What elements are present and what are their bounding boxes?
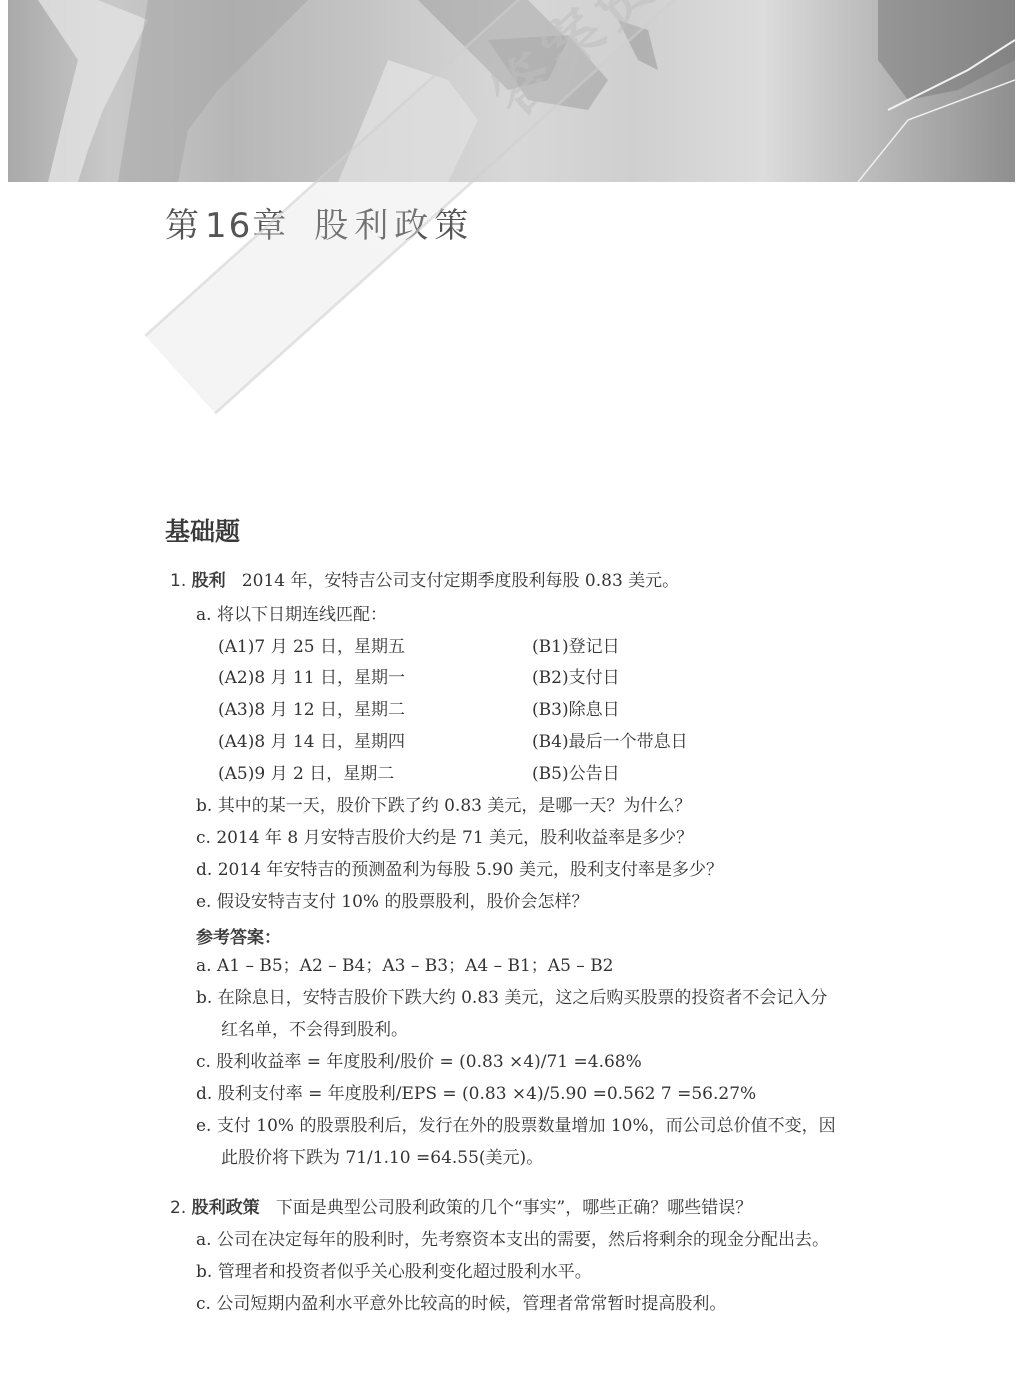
answer-text: A1 – B5；A2 – B4；A3 – B3；A4 – B1；A5 – B2 xyxy=(217,956,614,976)
section-heading: 基础题 xyxy=(165,512,240,548)
answer-text: 股利收益率 = 年度股利/股价 = (0.83 ×4)/71 =4.68% xyxy=(216,1052,641,1072)
question-2-part-a: a. 公司在决定每年的股利时，先考察资本支出的需要，然后将剩余的现金分配出去。 xyxy=(196,1229,829,1251)
world-map-illustration xyxy=(8,0,1015,182)
match-a1: (A1)7 月 25 日，星期五 xyxy=(218,636,405,658)
chapter-number: 16 xyxy=(205,206,252,246)
part-label: a. xyxy=(196,1230,212,1250)
chapter-suffix: 章 xyxy=(252,206,292,246)
answer-heading: 参考答案： xyxy=(196,923,281,948)
match-b3: (B3)除息日 xyxy=(532,699,620,721)
answer-e: e. 支付 10% 的股票股利后，发行在外的股票数量增加 10%，而公司总价值不… xyxy=(196,1115,836,1137)
question-number: 1. xyxy=(170,571,186,591)
question-1-part-c: c. 2014 年 8 月安特吉股价大约是 71 美元，股利收益率是多少？ xyxy=(196,827,693,849)
question-1-part-b: b. 其中的某一天，股价下跌了约 0.83 美元，是哪一天？为什么？ xyxy=(196,795,691,817)
part-label: c. xyxy=(196,1294,211,1314)
answer-label: e. xyxy=(196,1116,211,1136)
answer-text: 支付 10% 的股票股利后，发行在外的股票数量增加 10%，而公司总价值不变，因 xyxy=(217,1116,836,1136)
question-2-part-b: b. 管理者和投资者似乎关心股利变化超过股利水平。 xyxy=(196,1261,592,1283)
match-a5: (A5)9 月 2 日，星期二 xyxy=(218,763,394,785)
answer-label: b. xyxy=(196,988,212,1008)
match-a2: (A2)8 月 11 日，星期一 xyxy=(218,667,405,689)
answer-c: c. 股利收益率 = 年度股利/股价 = (0.83 ×4)/71 =4.68% xyxy=(196,1051,642,1073)
answer-label: c. xyxy=(196,1052,211,1072)
part-text: 假设安特吉支付 10% 的股票股利，股价会怎样？ xyxy=(217,892,589,912)
part-text: 公司在决定每年的股利时，先考察资本支出的需要，然后将剩余的现金分配出去。 xyxy=(217,1230,829,1250)
question-1-part-a: a. 将以下日期连线匹配： xyxy=(196,604,387,626)
part-text: 将以下日期连线匹配： xyxy=(217,605,387,625)
chapter-name: 股利政策 xyxy=(314,206,474,246)
match-b2: (B2)支付日 xyxy=(532,667,620,689)
question-topic: 股利政策 xyxy=(192,1198,260,1218)
chapter-prefix: 第 xyxy=(165,206,205,246)
part-label: b. xyxy=(196,1262,212,1282)
part-label: a. xyxy=(196,605,212,625)
match-b5: (B5)公告日 xyxy=(532,763,620,785)
part-text: 2014 年安特吉的预测盈利为每股 5.90 美元，股利支付率是多少？ xyxy=(218,860,723,880)
question-1-part-d: d. 2014 年安特吉的预测盈利为每股 5.90 美元，股利支付率是多少？ xyxy=(196,859,723,881)
world-map-banner xyxy=(8,0,1015,182)
part-label: e. xyxy=(196,892,211,912)
question-2-stem: 2. 股利政策 下面是典型公司股利政策的几个“事实”，哪些正确？哪些错误？ xyxy=(170,1197,752,1219)
part-text: 公司短期内盈利水平意外比较高的时候，管理者常常暂时提高股利。 xyxy=(216,1294,726,1314)
answer-label: d. xyxy=(196,1084,212,1104)
question-1-stem: 1. 股利 2014 年，安特吉公司支付定期季度股利每股 0.83 美元。 xyxy=(170,570,679,592)
question-text: 2014 年，安特吉公司支付定期季度股利每股 0.83 美元。 xyxy=(242,571,679,591)
question-1-part-e: e. 假设安特吉支付 10% 的股票股利，股价会怎样？ xyxy=(196,891,588,913)
match-b4: (B4)最后一个带息日 xyxy=(532,731,688,753)
part-label: b. xyxy=(196,796,212,816)
part-label: d. xyxy=(196,860,212,880)
part-text: 其中的某一天，股价下跌了约 0.83 美元，是哪一天？为什么？ xyxy=(218,796,692,816)
part-label: c. xyxy=(196,828,211,848)
answer-b-continued: 红名单，不会得到股利。 xyxy=(221,1019,408,1041)
answer-a: a. A1 – B5；A2 – B4；A3 – B3；A4 – B1；A5 – … xyxy=(196,955,614,977)
answer-e-continued: 此股价将下跌为 71/1.10 =64.55(美元)。 xyxy=(221,1147,543,1169)
answer-label: a. xyxy=(196,956,212,976)
answer-d: d. 股利支付率 = 年度股利/EPS = (0.83 ×4)/5.90 =0.… xyxy=(196,1083,756,1105)
chapter-title: 第16章股利政策 xyxy=(165,198,474,247)
question-topic: 股利 xyxy=(192,571,226,591)
part-text: 管理者和投资者似乎关心股利变化超过股利水平。 xyxy=(218,1262,592,1282)
match-a4: (A4)8 月 14 日，星期四 xyxy=(218,731,405,753)
part-text: 2014 年 8 月安特吉股价大约是 71 美元，股利收益率是多少？ xyxy=(216,828,693,848)
answer-b: b. 在除息日，安特吉股价下跌大约 0.83 美元，这之后购买股票的投资者不会记… xyxy=(196,987,827,1009)
answer-text: 在除息日，安特吉股价下跌大约 0.83 美元，这之后购买股票的投资者不会记入分 xyxy=(218,988,828,1008)
match-b1: (B1)登记日 xyxy=(532,636,620,658)
match-a3: (A3)8 月 12 日，星期二 xyxy=(218,699,405,721)
answer-text: 股利支付率 = 年度股利/EPS = (0.83 ×4)/5.90 =0.562… xyxy=(218,1084,757,1104)
question-text: 下面是典型公司股利政策的几个“事实”，哪些正确？哪些错误？ xyxy=(276,1198,752,1218)
question-number: 2. xyxy=(170,1198,186,1218)
question-2-part-c: c. 公司短期内盈利水平意外比较高的时候，管理者常常暂时提高股利。 xyxy=(196,1293,726,1315)
